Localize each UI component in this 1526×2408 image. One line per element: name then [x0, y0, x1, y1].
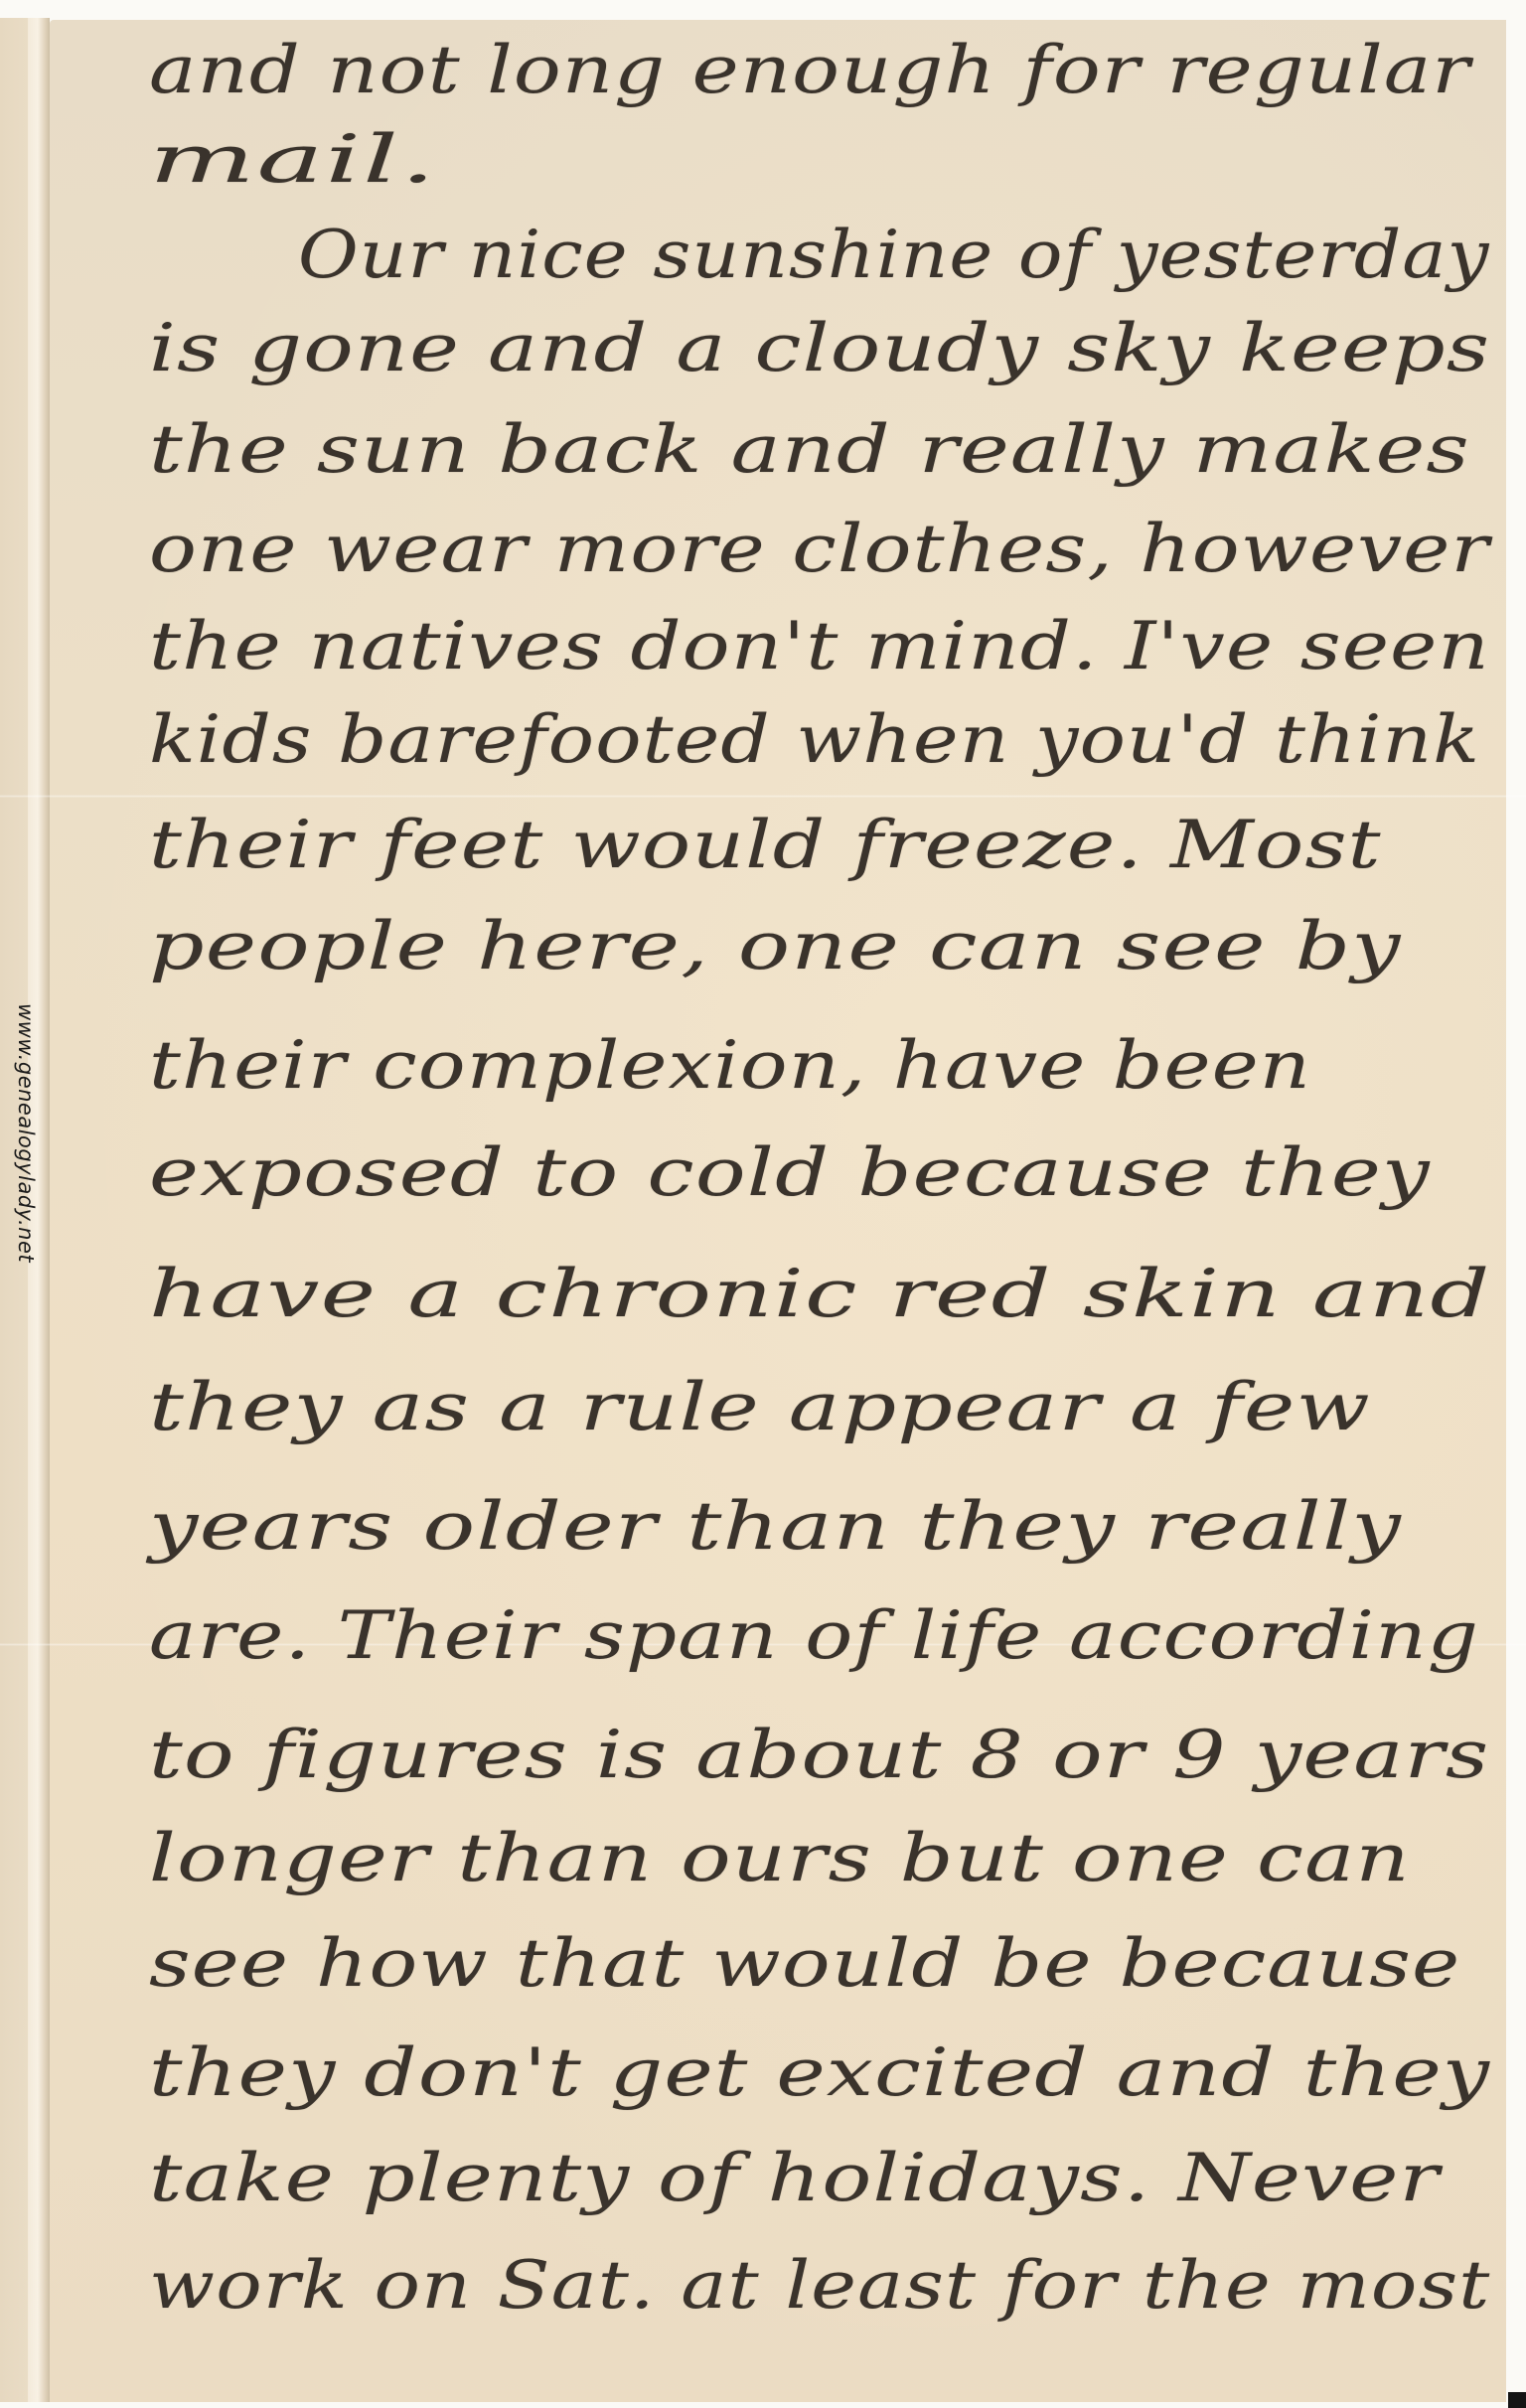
text-line: to figures is about 8 or 9 years: [149, 1723, 1489, 1788]
text-line: the natives don't mind. I've seen: [149, 614, 1490, 679]
text-line: kids barefooted when you'd think: [149, 707, 1480, 773]
text-line: their feet would freeze. Most: [149, 813, 1382, 878]
text-line: longer than ours but one can: [149, 1826, 1411, 1891]
text-line: work on Sat. at least for the most: [149, 2253, 1490, 2319]
text-line: take plenty of holidays. Never: [149, 2146, 1441, 2211]
text-line: they as a rule appear a few: [149, 1375, 1371, 1440]
text-line: have a chronic red skin and: [149, 1262, 1491, 1327]
scanned-letter: www.genealogylady.net and not long enoug…: [0, 0, 1526, 2408]
text-line: exposed to cold because they: [149, 1140, 1431, 1206]
text-line: people here, one can see by: [149, 914, 1402, 979]
handwritten-text: and not long enough for regular mail. Ou…: [0, 0, 1526, 2408]
text-line: years older than they really: [149, 1494, 1402, 1560]
text-line: see how that would be because: [149, 1931, 1460, 1997]
text-line: they don't get excited and they: [149, 2040, 1490, 2106]
text-line: mail.: [149, 127, 437, 193]
text-line: are. Their span of life according: [149, 1603, 1479, 1669]
text-line: the sun back and really makes: [149, 417, 1470, 483]
text-line: their complexion, have been: [149, 1033, 1311, 1099]
text-line: is gone and a cloudy sky keeps: [149, 316, 1490, 381]
text-line: and not long enough for regular: [149, 38, 1471, 103]
text-line: one wear more clothes, however: [149, 517, 1490, 582]
text-line: Our nice sunshine of yesterday: [298, 223, 1490, 288]
